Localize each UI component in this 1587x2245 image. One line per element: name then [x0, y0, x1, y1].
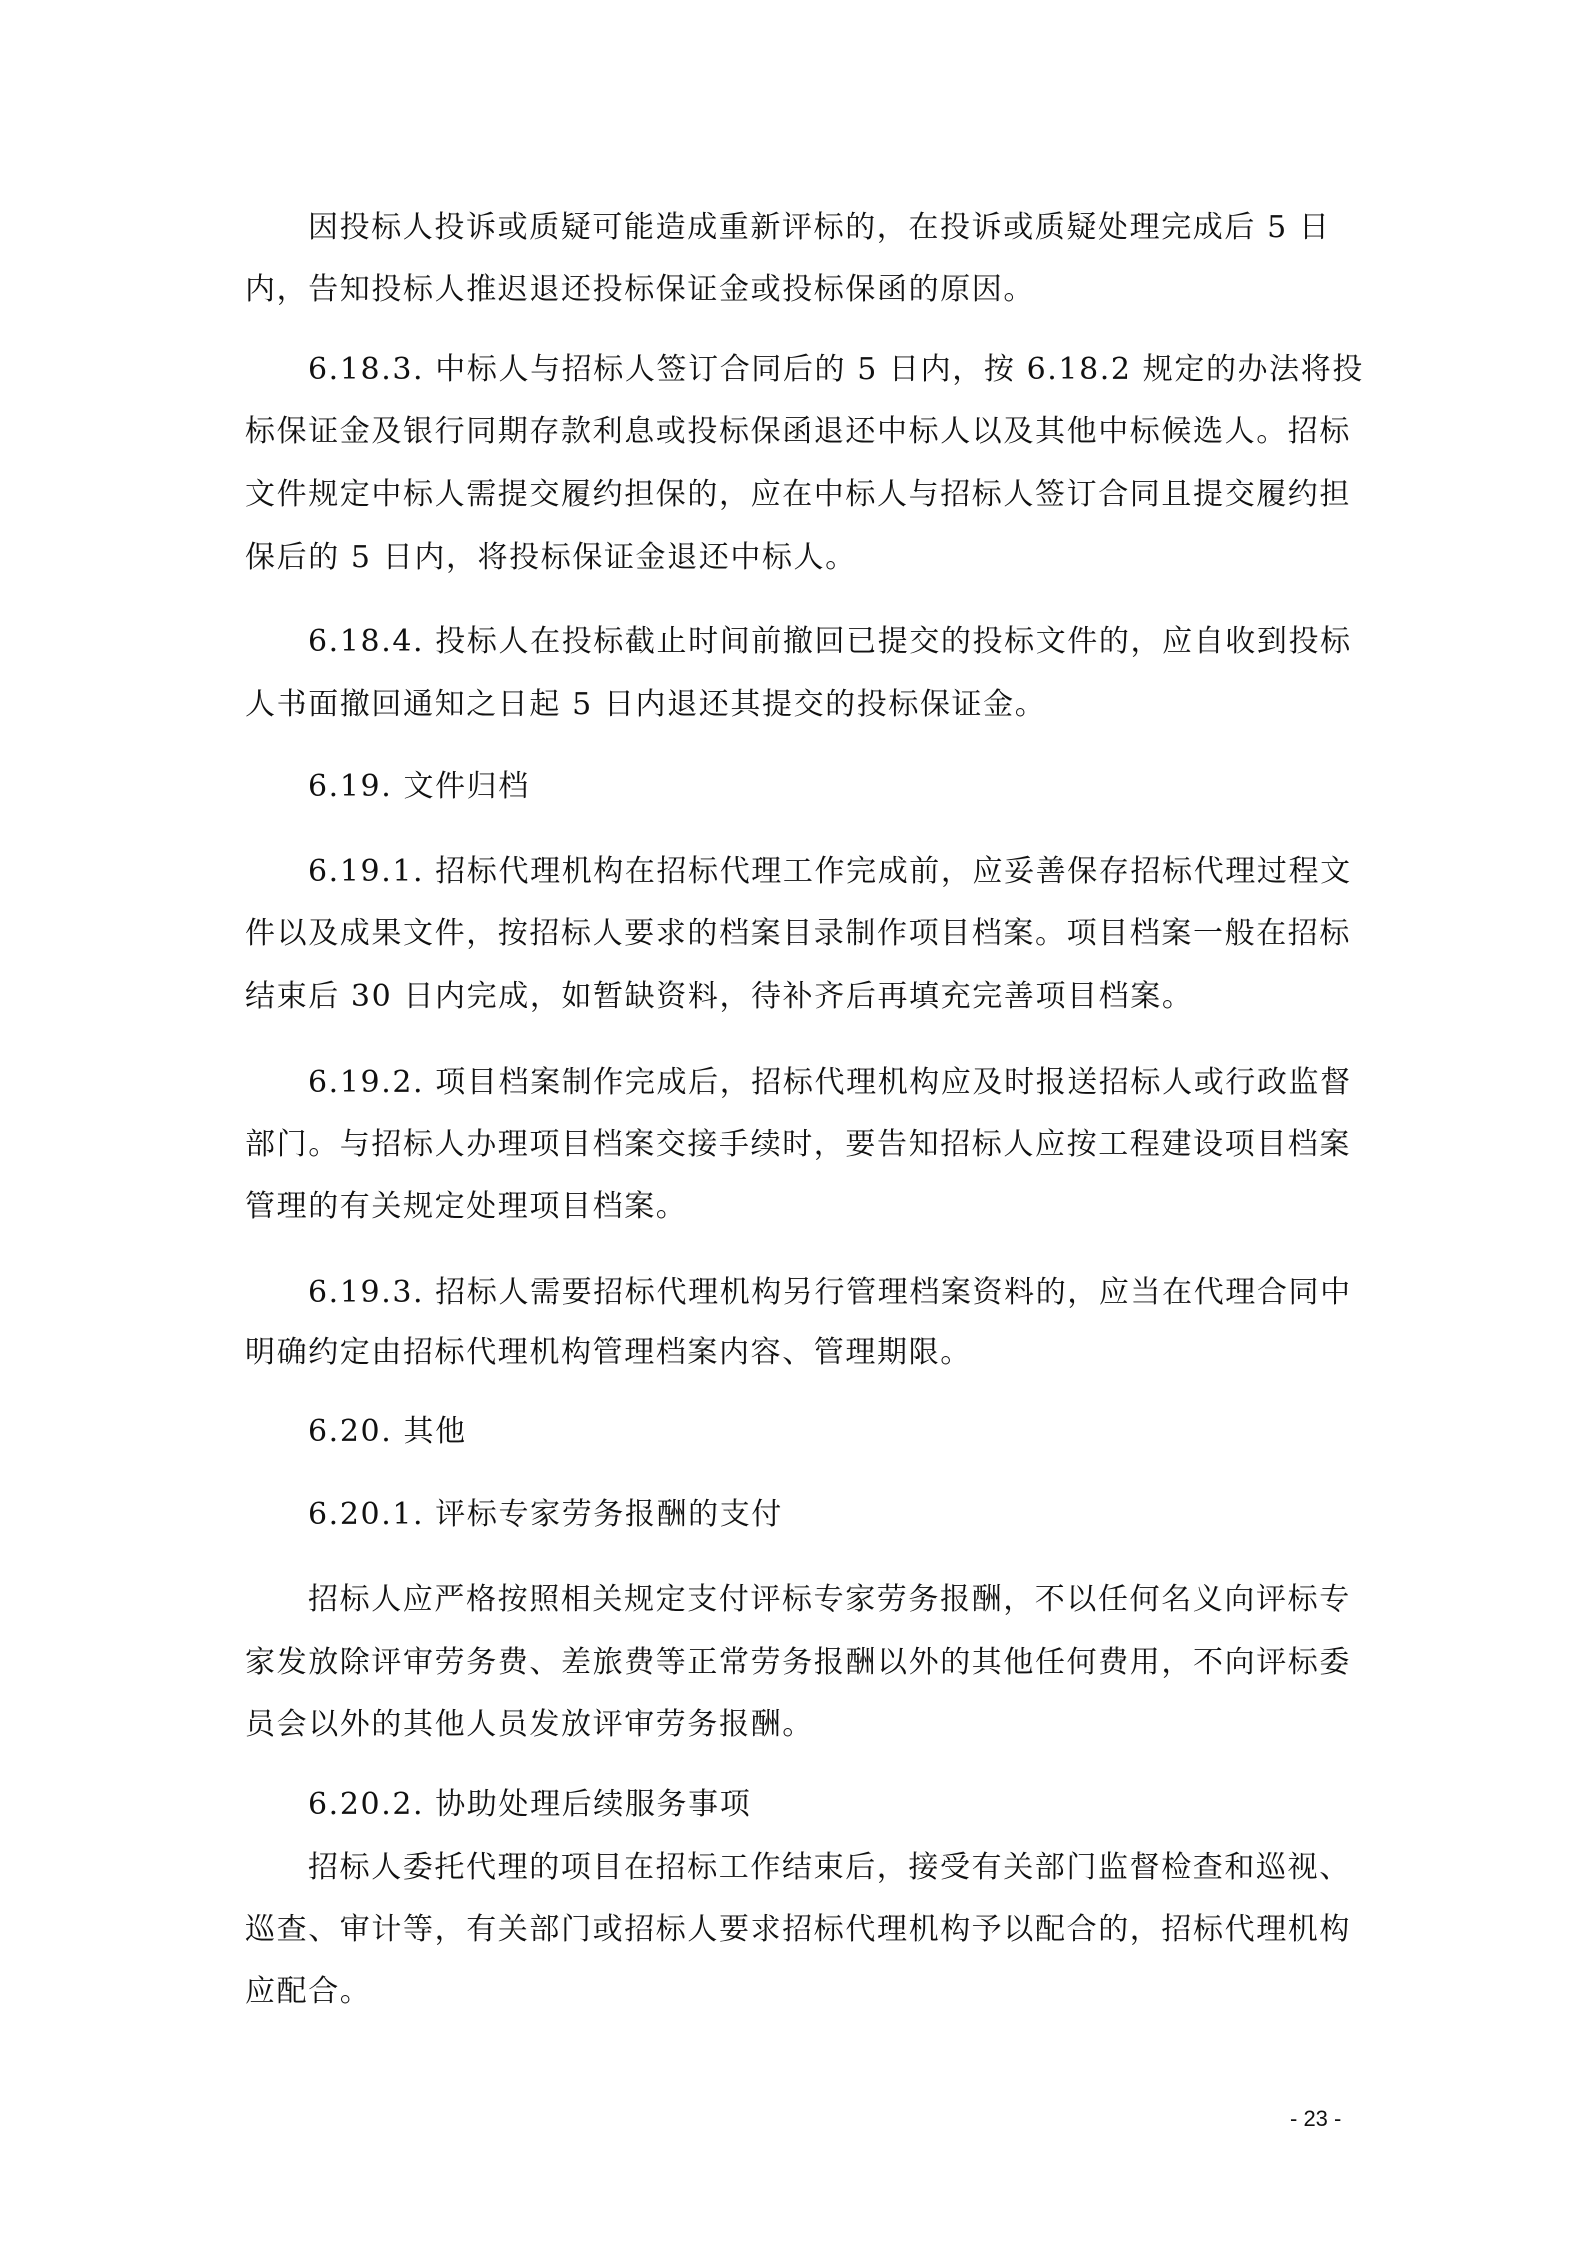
- clause-6-19-1-line: 结束后 30 日内完成，如暂缺资料，待补齐后再填充完善项目档案。: [245, 977, 1345, 1017]
- clause-6-20-1-body-line: 家发放除评审劳务费、差旅费等正常劳务报酬以外的其他任何费用，不向评标委: [245, 1643, 1345, 1683]
- subsection-heading-6-20-1: 6.20.1. 评标专家劳务报酬的支付: [308, 1495, 1408, 1535]
- subsection-heading-6-20-2: 6.20.2. 协助处理后续服务事项: [308, 1785, 1408, 1825]
- clause-6-20-1-body-line: 员会以外的其他人员发放评审劳务报酬。: [245, 1705, 1345, 1745]
- clause-6-20-2-body-line: 招标人委托代理的项目在招标工作结束后，接受有关部门监督检查和巡视、: [308, 1848, 1408, 1888]
- clause-6-18-3-line: 标保证金及银行同期存款利息或投标保函退还中标人以及其他中标候选人。招标: [245, 412, 1345, 452]
- clause-6-19-2-line: 部门。与招标人办理项目档案交接手续时，要告知招标人应按工程建设项目档案: [245, 1125, 1345, 1165]
- clause-6-19-2-line: 6.19.2. 项目档案制作完成后，招标代理机构应及时报送招标人或行政监督: [308, 1063, 1408, 1103]
- document-page: 因投标人投诉或质疑可能造成重新评标的，在投诉或质疑处理完成后 5 日 内，告知投…: [0, 0, 1587, 2245]
- clause-6-20-2-body-line: 应配合。: [245, 1972, 1345, 2012]
- clause-6-19-3-line: 明确约定由招标代理机构管理档案内容、管理期限。: [245, 1333, 1345, 1373]
- clause-6-18-4-line: 6.18.4. 投标人在投标截止时间前撤回已提交的投标文件的，应自收到投标: [308, 622, 1408, 662]
- section-heading-6-20: 6.20. 其他: [308, 1412, 1408, 1452]
- clause-6-19-1-line: 6.19.1. 招标代理机构在招标代理工作完成前，应妥善保存招标代理过程文: [308, 852, 1408, 892]
- page-number: - 23 -: [1290, 2106, 1341, 2132]
- clause-6-19-3-line: 6.19.3. 招标人需要招标代理机构另行管理档案资料的，应当在代理合同中: [308, 1273, 1408, 1313]
- clause-6-18-3-line: 6.18.3. 中标人与招标人签订合同后的 5 日内，按 6.18.2 规定的办…: [308, 350, 1408, 390]
- clause-6-20-1-body-line: 招标人应严格按照相关规定支付评标专家劳务报酬，不以任何名义向评标专: [308, 1580, 1408, 1620]
- clause-6-19-1-line: 件以及成果文件，按招标人要求的档案目录制作项目档案。项目档案一般在招标: [245, 914, 1345, 954]
- clause-6-18-4-line: 人书面撤回通知之日起 5 日内退还其提交的投标保证金。: [245, 685, 1345, 725]
- clause-6-20-2-body-line: 巡查、审计等，有关部门或招标人要求招标代理机构予以配合的，招标代理机构: [245, 1910, 1345, 1950]
- paragraph-line: 内，告知投标人推迟退还投标保证金或投标保函的原因。: [245, 270, 1345, 310]
- clause-6-18-3-line: 保后的 5 日内，将投标保证金退还中标人。: [245, 538, 1345, 578]
- clause-6-19-2-line: 管理的有关规定处理项目档案。: [245, 1187, 1345, 1227]
- section-heading-6-19: 6.19. 文件归档: [308, 767, 1408, 807]
- clause-6-18-3-line: 文件规定中标人需提交履约担保的，应在中标人与招标人签订合同且提交履约担: [245, 475, 1345, 515]
- paragraph-line: 因投标人投诉或质疑可能造成重新评标的，在投诉或质疑处理完成后 5 日: [308, 208, 1408, 248]
